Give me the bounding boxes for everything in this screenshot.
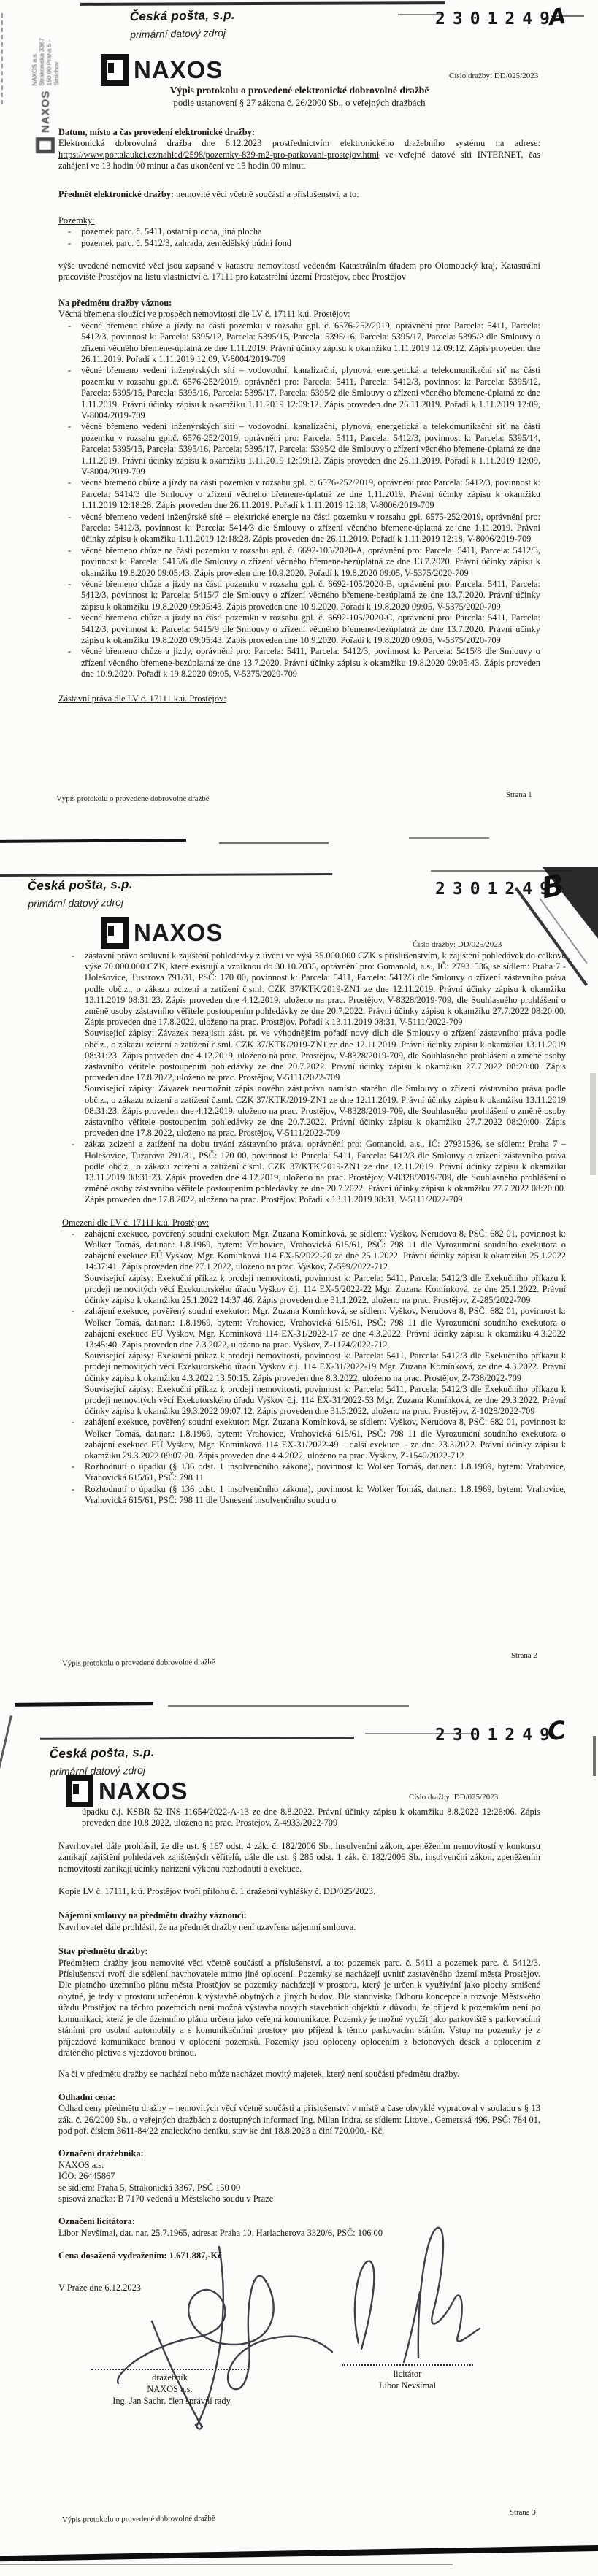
stav-paragraph: Předmětem dražby jsou nemovité věci včet…	[58, 1958, 540, 2059]
drazebnik-name: NAXOS a.s.	[58, 2160, 540, 2171]
vaznou-heading: Na předmětu dražby váznou:	[58, 298, 540, 309]
related-entry: Související zápisy: Závazek nezajistit z…	[85, 1028, 566, 1083]
auction-number: Číslo dražby: DD/025/2023	[449, 72, 538, 80]
kopie-paragraph: Kopie LV č. 17111, k.ú. Prostějov tvoří …	[58, 1886, 540, 1897]
signer-role: licitátor	[342, 2369, 473, 2380]
scan-artifact	[168, 1705, 409, 1707]
stav-heading: Stav předmětu dražby:	[58, 1946, 540, 1957]
signature-drazebnik	[110, 2234, 350, 2445]
scan-artifact	[590, 1073, 596, 1175]
footer-title: Výpis protokolu o provedené dobrovolné d…	[62, 1658, 215, 1668]
corner-id-letter: A	[548, 4, 567, 31]
naxos-stamp-name: NAXOS	[39, 91, 52, 133]
scan-artifact	[0, 839, 186, 843]
vecna-bremena-heading: Věcná břemena sloužící ve prospěch nemov…	[58, 309, 540, 320]
ceska-posta-stamp: Česká pošta, s.p. primární datový zdroj	[28, 877, 134, 910]
related-entry: Související zápisy: Exekuční příkaz k pr…	[85, 1273, 566, 1307]
scan-artifact	[40, 1737, 354, 1740]
naxos-logo-text: NAXOS	[134, 919, 223, 947]
list-item: věcné břemeno chůze a jízdy na části poz…	[58, 612, 540, 646]
list-item: věcné břemeno chůze a jízdy na části poz…	[58, 320, 540, 366]
naxos-stamp-address-line1: NAXOS a.s.	[31, 53, 38, 86]
naxos-stamp-icon	[36, 137, 55, 153]
corner-id-number: 2301249	[435, 880, 557, 899]
signature-block-licitator: licitátor Libor Nevšímal	[342, 2369, 473, 2391]
naxos-stamp-address: NAXOS a.s. Strakonická 3367 150 00 Praha…	[31, 22, 60, 86]
subject-line: Předmět elektronické dražby: nemovité vě…	[58, 189, 540, 200]
naxos-logo: NAXOS	[66, 1775, 188, 1807]
naxos-logo: NAXOS	[101, 54, 223, 86]
page-number: Strana 2	[511, 1651, 537, 1660]
naxos-logo-text: NAXOS	[134, 56, 223, 84]
signature-block-drazebnik: dražebník NAXOS a.s.	[91, 2372, 248, 2395]
pozemky-heading: Pozemky:	[58, 215, 540, 226]
list-item: věcné břemeno chůze a jízdy na části poz…	[58, 477, 540, 511]
list-item: zahájení exekuce, pověřený soudní exekut…	[62, 1417, 566, 1461]
datetime-heading: Datum, místo a čas provedení elektronick…	[58, 127, 540, 138]
scan-artifact	[593, 1736, 596, 1776]
navrhovatel-paragraph: Navrhovatel dále prohlásil, že dle ust. …	[58, 1841, 540, 1875]
page-title: Výpis protokolu o provedené elektronické…	[58, 85, 540, 96]
scan-artifact	[0, 2564, 453, 2565]
list-item: zahájení exekuce, pověřený soudní exekut…	[62, 1306, 566, 1350]
list-item: věcné břemeno vedení inženýrských sítí –…	[58, 421, 540, 477]
scan-artifact	[1, 13, 3, 104]
datetime-text-before: Elektronická dobrovolná dražba dne 6.12.…	[58, 138, 540, 148]
najemni-heading: Nájemní smlouvy na předmětu dražby vázno…	[58, 1910, 540, 1921]
drazebnik-ico: IČO: 26445867	[58, 2171, 540, 2182]
page-subtitle: podle ustanovení § 27 zákona č. 26/2000 …	[58, 98, 540, 109]
list-item: pozemek parc. č. 5412/3, zahrada, zemědě…	[58, 238, 540, 249]
datetime-paragraph: Elektronická dobrovolná dražba dne 6.12.…	[58, 138, 540, 172]
auction-url: https://www.portalaukci.cz/nahled/2598/p…	[58, 150, 379, 160]
odhad-heading: Odhadní cena:	[58, 2092, 540, 2103]
naxos-logo-text: NAXOS	[99, 1777, 188, 1805]
footer-title: Výpis protokolu o provedené dobrovolné d…	[62, 2514, 215, 2524]
scan-artifact	[0, 873, 332, 877]
ceska-posta-stamp: Česká pošta, s.p. primární datový zdroj	[130, 8, 236, 41]
omezeni-heading: Omezení dle LV č. 17111 k.ú. Prostějov:	[62, 1218, 566, 1229]
corner-id-number: 2301249	[435, 9, 557, 28]
scan-artifact	[409, 837, 489, 839]
ceska-posta-stamp-line2: primární datový zdroj	[28, 896, 133, 910]
list-item: věcné břemeno vedení inženýrské sítě – e…	[58, 512, 540, 545]
related-entry: Související zápisy: Exekuční příkaz k pr…	[85, 1350, 566, 1384]
signature-licitator	[332, 2219, 500, 2372]
signer-person: Ing. Jan Sachr, člen správní rady	[73, 2396, 270, 2407]
auction-number: Číslo dražby: DD/025/2023	[409, 1793, 498, 1802]
signer-company: NAXOS a.s.	[91, 2384, 248, 2396]
auction-number: Číslo dražby: DD/025/2023	[413, 940, 502, 949]
page-number: Strana 3	[510, 2508, 536, 2517]
signature-line	[91, 2369, 248, 2370]
corner-id-letter: C	[545, 1715, 567, 1747]
naxos-logo-icon	[101, 54, 129, 86]
list-item: zákaz zcizení a zatížení na dobu trvání …	[62, 1139, 566, 1205]
scan-artifact	[80, 1, 445, 6]
ceska-posta-stamp-line1: Česká pošta, s.p.	[130, 8, 235, 25]
subject-label: Předmět elektronické dražby:	[58, 189, 174, 199]
page-1-body: Výpis protokolu o provedené elektronické…	[58, 85, 540, 704]
odhad-paragraph: Odhad ceny předmětu dražby – nemovitých …	[58, 2103, 540, 2137]
list-item: věcné břemeno vedení inženýrských sítí –…	[58, 365, 540, 421]
continuation-paragraph: úpadku č.j. KSBR 52 INS 11654/2022-A-13 …	[82, 1807, 540, 1829]
list-item: věcné břemeno chůze na části pozemku v r…	[58, 545, 540, 579]
signer-role: dražebník	[91, 2372, 248, 2384]
scan-artifact	[0, 2545, 598, 2562]
naxos-logo-icon	[66, 1775, 93, 1807]
list-item: Rozhodnutí o úpadku (§ 136 odst. 1 insol…	[62, 1461, 566, 1483]
footer-title: Výpis protokolu o provedené dobrovolné d…	[56, 794, 210, 803]
drazebnik-heading: Označení dražebníka:	[58, 2148, 540, 2159]
list-item: věcné břemeno chůze a jízdy, oprávnění p…	[58, 646, 540, 680]
list-item: zahájení exekuce, pověřený soudní exekut…	[62, 1229, 566, 1273]
signer-person: Libor Nevšímal	[342, 2380, 473, 2392]
related-entry: Související zápisy: Závazek neumožnit zá…	[85, 1083, 566, 1139]
katastr-paragraph: výše uvedené nemovité věci jsou zapsané …	[58, 261, 540, 283]
ceska-posta-stamp-line1: Česká pošta, s.p.	[28, 877, 133, 894]
zastavni-heading: Zástavní práva dle LV č. 17111 k.ú. Pros…	[58, 693, 540, 704]
signature-line	[342, 2364, 473, 2366]
naxos-stamp-address-line2: Strakonická 3367	[38, 38, 45, 86]
page-number: Strana 1	[506, 791, 532, 799]
scan-artifact	[219, 842, 329, 844]
page-2-body: zástavní právo smluvní k zajištění pohle…	[62, 950, 566, 1506]
ceska-posta-stamp-line1: Česká pošta, s.p.	[50, 1745, 155, 1762]
naxos-stamp-address-line3: 150 00 Praha 5 - Smíchov	[45, 39, 60, 85]
najemni-text: Navrhovatel dále prohlásil, že na předmě…	[58, 1922, 540, 1933]
scanned-document: Česká pošta, s.p. primární datový zdroj …	[0, 0, 598, 2576]
list-item: pozemek parc. č. 5411, ostatní plocha, j…	[58, 226, 540, 237]
corner-id-number: 2301249	[435, 1726, 557, 1745]
list-item: věcné břemeno chůze a jízdy na části poz…	[58, 579, 540, 612]
naxos-logo: NAXOS	[101, 917, 223, 949]
ceska-posta-stamp: Česká pošta, s.p. primární datový zdroj	[50, 1745, 156, 1778]
list-item: zástavní právo smluvní k zajištění pohle…	[62, 950, 566, 1028]
related-entry: Související zápisy: Exekuční příkaz k pr…	[85, 1384, 566, 1418]
drazebnik-sidlo: se sídlem: Praha 5, Strakonická 3367, PS…	[58, 2183, 540, 2194]
scan-artifact	[15, 1702, 153, 1707]
scan-artifact	[0, 1715, 12, 1883]
movity-paragraph: Na či v předmětu dražby se nachází nebo …	[58, 2069, 540, 2080]
subject-rest: nemovité věci včetně součástí a přísluše…	[174, 189, 359, 199]
drazebnik-spis: spisová značka: B 7170 vedená u Městskéh…	[58, 2194, 540, 2204]
list-item: Rozhodnutí o úpadku (§ 136 odst. 1 insol…	[62, 1484, 566, 1506]
naxos-logo-icon	[101, 917, 129, 949]
ceska-posta-stamp-line2: primární datový zdroj	[130, 27, 235, 41]
